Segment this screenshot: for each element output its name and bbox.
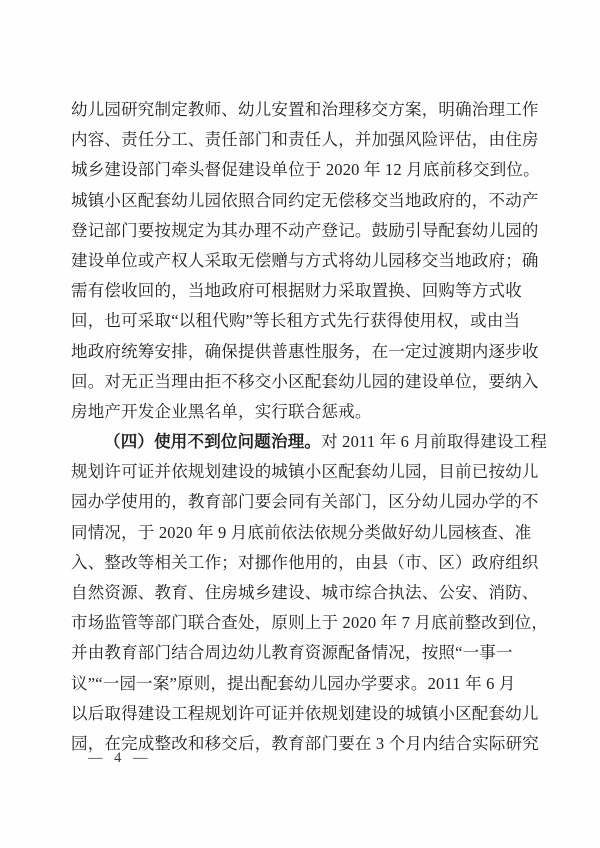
text-line: 规划许可证并依规划建设的城镇小区配套幼儿园，目前已按幼儿 — [71, 457, 543, 487]
text-line: 以后取得建设工程规划许可证并依规划建设的城镇小区配套幼儿 — [71, 699, 543, 729]
text-line-section-start: （四）使用不到位问题治理。对 2011 年 6 月前取得建设工程 — [71, 427, 543, 457]
text-line: 城镇小区配套幼儿园依照合同约定无偿移交当地政府的，不动产 — [71, 186, 543, 216]
text-line: 内容、责任分工、责任部门和责任人，并加强风险评估，由住房 — [71, 125, 543, 155]
document-page: 幼儿园研究制定教师、幼儿安置和治理移交方案，明确治理工作 内容、责任分工、责任部… — [0, 0, 600, 848]
text-line: 同情况，于 2020 年 9 月底前依法依规分类做好幼儿园核查、准 — [71, 518, 543, 548]
text-line: 议”“一园一案”原则，提出配套幼儿园办学要求。2011 年 6 月 — [71, 669, 543, 699]
text-line: 自然资源、教育、住房城乡建设、城市综合执法、公安、消防、 — [71, 578, 543, 608]
text-line: 地政府统筹安排，确保提供普惠性服务，在一定过渡期内逐步收 — [71, 337, 543, 367]
text-line: 入、整改等相关工作；对挪作他用的，由县（市、区）政府组织 — [71, 548, 543, 578]
text-line: 幼儿园研究制定教师、幼儿安置和治理移交方案，明确治理工作 — [71, 95, 543, 125]
section-heading: （四）使用不到位问题治理。 — [104, 432, 321, 451]
text-block: 幼儿园研究制定教师、幼儿安置和治理移交方案，明确治理工作 内容、责任分工、责任部… — [71, 95, 543, 759]
text-line: 园办学使用的，教育部门要会同有关部门，区分幼儿园办学的不 — [71, 487, 543, 517]
text-line: 回。对无正当理由拒不移交小区配套幼儿园的建设单位，要纳入 — [71, 367, 543, 397]
text-line: 登记部门要按规定为其办理不动产登记。鼓励引导配套幼儿园的 — [71, 216, 543, 246]
text-line: 并由教育部门结合周边幼儿教育资源配备情况，按照“一事一 — [71, 638, 543, 668]
text-line: 回，也可采取“以租代购”等长租方式先行获得使用权，或由当 — [71, 306, 543, 336]
page-number: — 4 — — [88, 750, 152, 767]
section-body-start: 对 2011 年 6 月前取得建设工程 — [321, 432, 547, 451]
text-line: 市场监管等部门联合查处，原则上于 2020 年 7 月底前整改到位， — [71, 608, 543, 638]
text-line paragraph-end: 房地产开发企业黑名单，实行联合惩戒。 — [71, 397, 543, 427]
text-line: 建设单位或产权人采取无偿赠与方式将幼儿园移交当地政府；确 — [71, 246, 543, 276]
text-line: 城乡建设部门牵头督促建设单位于 2020 年 12 月底前移交到位。 — [71, 155, 543, 185]
text-line: 需有偿收回的，当地政府可根据财力采取置换、回购等方式收 — [71, 276, 543, 306]
